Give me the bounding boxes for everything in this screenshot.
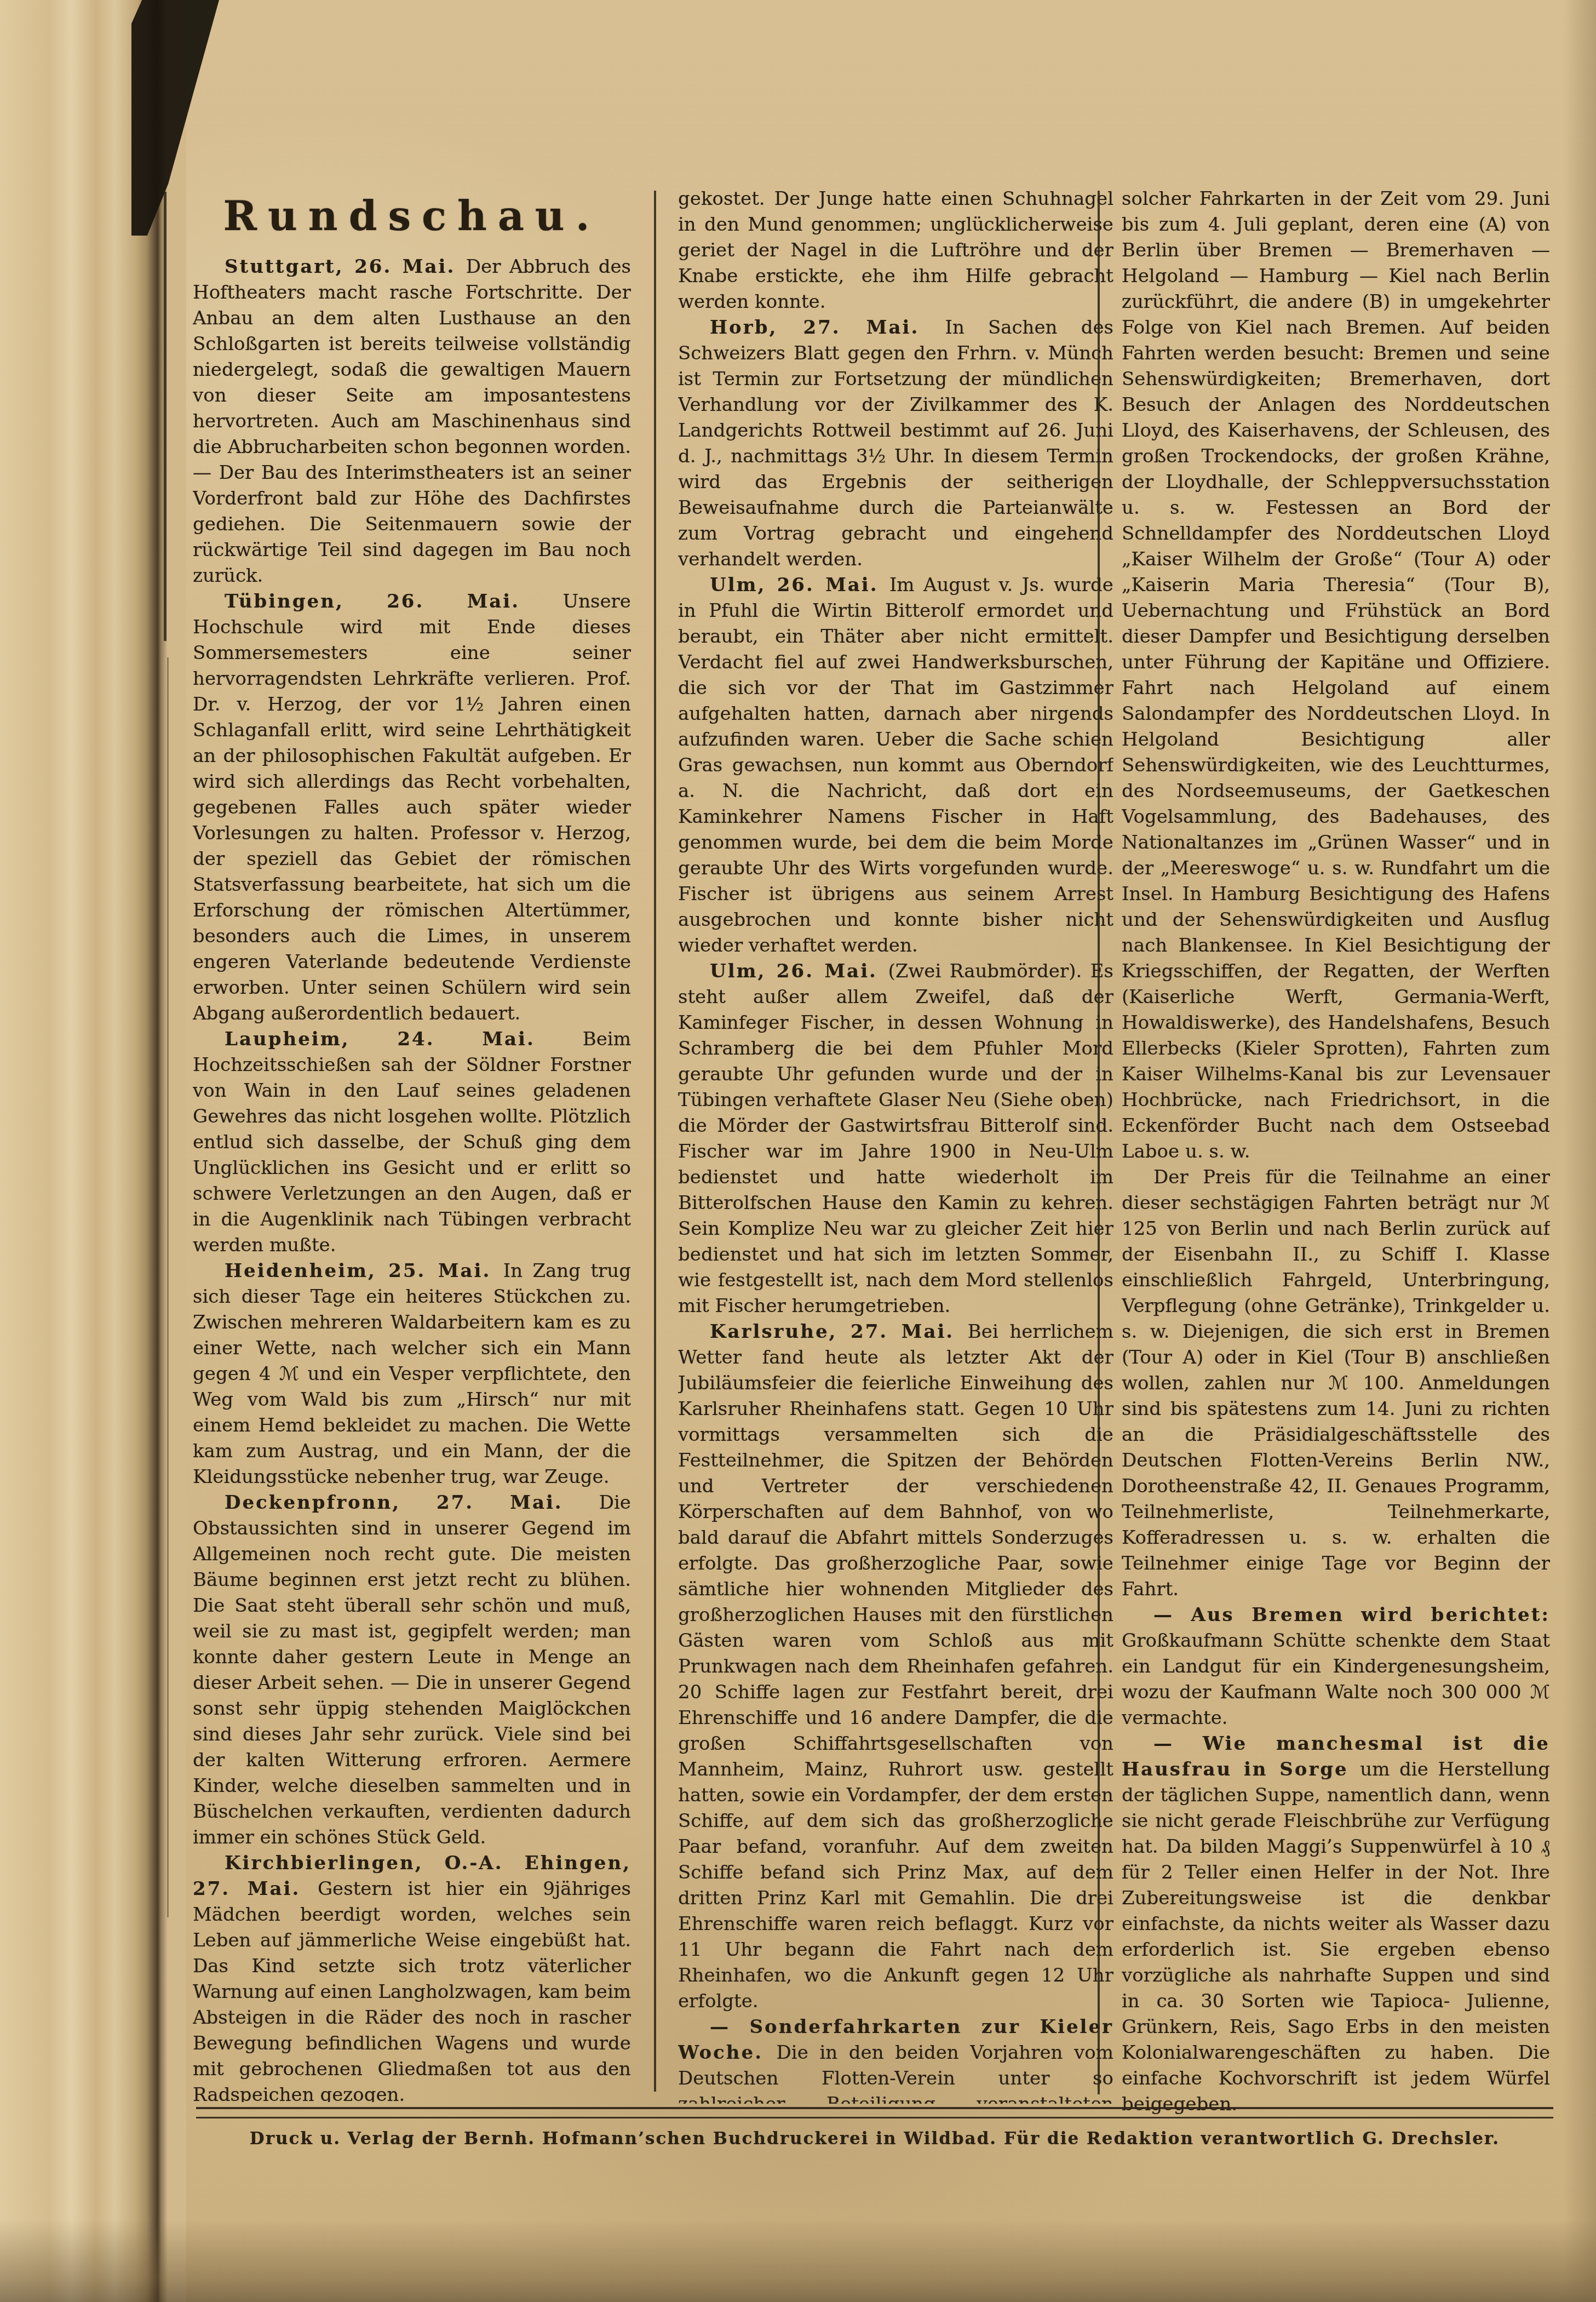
column-3: solcher Fahrkarten in der Zeit vom 29. J…: [1122, 186, 1550, 2115]
article-paragraph: Tübingen, 26. Mai. Unsere Hochschule wir…: [193, 589, 631, 1027]
article-paragraph: — Wie manchesmal ist die Hausfrau in Sor…: [1122, 1731, 1550, 2115]
newspaper-scan: Rundschau. Stuttgart, 26. Mai. Der Abbru…: [0, 0, 1596, 2302]
article-dateline: Ulm, 26. Mai.: [710, 574, 889, 596]
article-dateline: Deckenpfronn, 27. Mai.: [225, 1492, 599, 1514]
article-paragraph: — Sonderfahrkarten zur Kieler Woche. Die…: [678, 2014, 1113, 2104]
column-1: Rundschau. Stuttgart, 26. Mai. Der Abbru…: [193, 193, 631, 2102]
article-continuation: solcher Fahrkarten in der Zeit vom 29. J…: [1122, 186, 1550, 1165]
article-paragraph: Heidenheim, 25. Mai. In Zang trug sich d…: [193, 1258, 631, 1490]
column-3-articles: solcher Fahrkarten in der Zeit vom 29. J…: [1122, 186, 1550, 2115]
article-paragraph: — Aus Bremen wird berichtet: Großkaufman…: [1122, 1602, 1550, 1731]
right-edge-shadow: [1563, 0, 1596, 2302]
column-2-articles: gekostet. Der Junge hatte einen Schuhnag…: [678, 186, 1113, 2104]
article-paragraph: Der Preis für die Teilnahme an einer die…: [1122, 1165, 1550, 1602]
article-dateline: Laupheim, 24. Mai.: [225, 1028, 583, 1050]
article-dateline: — Wie manchesmal ist die Hausfrau in Sor…: [1122, 1733, 1550, 1780]
article-dateline: — Aus Bremen wird berichtet:: [1153, 1604, 1550, 1626]
section-title: Rundschau.: [193, 193, 631, 240]
article-continuation: gekostet. Der Junge hatte einen Schuhnag…: [678, 186, 1113, 315]
newspaper-page: Rundschau. Stuttgart, 26. Mai. Der Abbru…: [0, 0, 1596, 2302]
column-2: gekostet. Der Junge hatte einen Schuhnag…: [678, 186, 1113, 2104]
imprint-double-rule: [196, 2107, 1553, 2118]
article-paragraph: Horb, 27. Mai. In Sachen des Schweizers …: [678, 315, 1113, 572]
article-paragraph: Kirchbierlingen, O.-A. Ehingen, 27. Mai.…: [193, 1851, 631, 2102]
article-dateline: Karlsruhe, 27. Mai.: [710, 1321, 968, 1343]
column-divider-1: [654, 191, 656, 2092]
article-dateline: — Sonderfahrkarten zur Kieler Woche.: [678, 2016, 1113, 2064]
column-divider-2: [1098, 191, 1100, 2094]
article-dateline: Stuttgart, 26. Mai.: [225, 256, 466, 278]
article-paragraph: Deckenpfronn, 27. Mai. Die Obstaussichte…: [193, 1490, 631, 1851]
article-dateline: Ulm, 26. Mai.: [710, 960, 888, 982]
article-paragraph: Ulm, 26. Mai. (Zwei Raubmörder). Es steh…: [678, 959, 1113, 1319]
imprint-line: Druck u. Verlag der Bernh. Hofmann’schen…: [196, 2128, 1553, 2150]
article-paragraph: Ulm, 26. Mai. Im August v. Js. wurde in …: [678, 572, 1113, 959]
article-dateline: Tübingen, 26. Mai.: [225, 591, 563, 612]
column-1-articles: Stuttgart, 26. Mai. Der Abbruch des Hoft…: [193, 254, 631, 2102]
article-dateline: Heidenheim, 25. Mai.: [225, 1260, 503, 1282]
article-paragraph: Karlsruhe, 27. Mai. Bei herrlichem Wette…: [678, 1319, 1113, 2014]
page-curl-shadow: [0, 2220, 1596, 2302]
article-paragraph: Stuttgart, 26. Mai. Der Abbruch des Hoft…: [193, 254, 631, 589]
article-dateline: Horb, 27. Mai.: [710, 317, 945, 339]
article-paragraph: Laupheim, 24. Mai. Beim Hochzeitsschieße…: [193, 1027, 631, 1258]
article-dateline: Kirchbierlingen, O.-A. Ehingen, 27. Mai.: [193, 1852, 631, 1900]
